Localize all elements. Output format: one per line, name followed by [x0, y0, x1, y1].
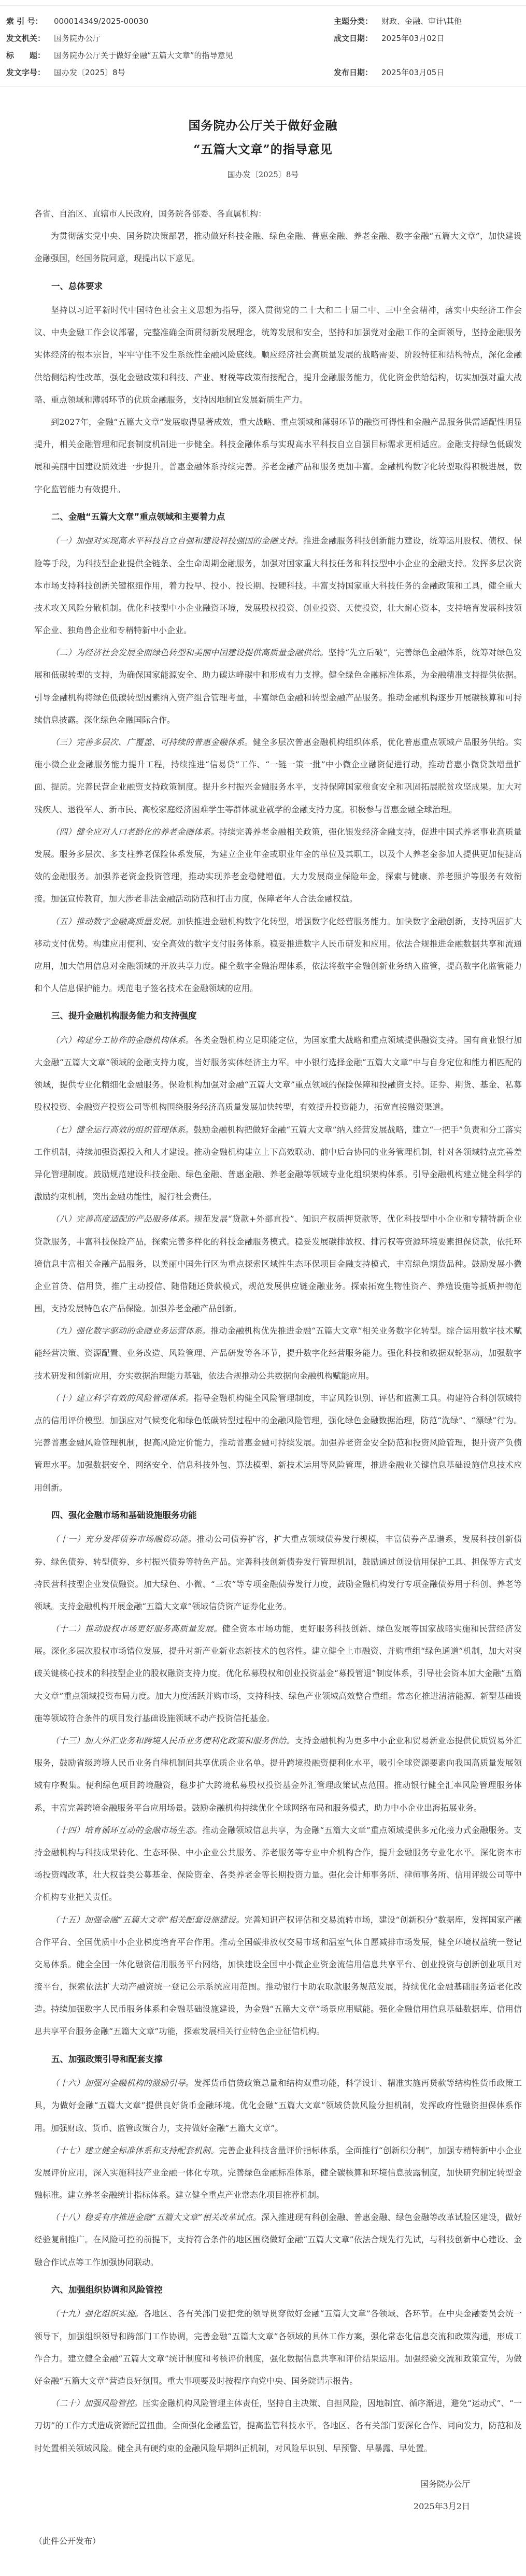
- item-lead: （十八）稳妥有序推进金融“五篇大文章”相关改革试点。: [51, 2212, 261, 2222]
- section-heading: 二、金融“五篇大文章”重点领域和主要着力点: [34, 506, 522, 529]
- numbered-item-paragraph: （八）完善高度适配的产品服务体系。规范发展“贷款+外部直投”、知识产权质押贷款等…: [34, 1208, 522, 1320]
- numbered-item-paragraph: （十一）充分发挥债券市场融资功能。推动公司债券扩容，扩大重点领域债券发行规模，丰…: [34, 1528, 522, 1618]
- meta-label-publish-date: 发布日期：: [334, 67, 381, 78]
- document-title-line2: “五篇大文章”的指导意见: [0, 138, 526, 162]
- document-title-line1: 国务院办公厅关于做好金融: [0, 114, 526, 138]
- meta-label-issuing-agency: 发文机关：: [6, 33, 54, 44]
- signature-agency: 国务院办公厅: [34, 2473, 522, 2495]
- meta-value-issuing-agency: 国务院办公厅: [54, 33, 334, 44]
- numbered-item-paragraph: （一）加强对实现高水平科技自立自强和建设科技强国的金融支持。推进金融服务科技创新…: [34, 529, 522, 641]
- item-lead: （十四）培育循环互动的金融市场生态。: [51, 1825, 202, 1835]
- item-lead: （五）推动数字金融高质量发展。: [51, 917, 177, 926]
- meta-label-index-number: 索 引 号：: [6, 16, 54, 27]
- item-lead: （九）强化数字驱动的金融业务运营体系。: [51, 1326, 210, 1336]
- item-lead: （六）构建分工协作的金融机构体系。: [51, 1035, 194, 1045]
- numbered-item-paragraph: （十四）培育循环互动的金融市场生态。推动金融领域信息共享，为金融“五篇大文章”重…: [34, 1819, 522, 1909]
- document-number: 国办发〔2025〕8号: [0, 169, 526, 180]
- numbered-item-paragraph: （十五）加强金融“五篇大文章”相关配套设施建设。完善知识产权评估和交易流转市场，…: [34, 1909, 522, 2043]
- item-lead: （四）健全应对人口老龄化的养老金融体系。: [51, 827, 219, 837]
- item-lead: （八）完善高度适配的产品服务体系。: [51, 1214, 194, 1224]
- numbered-item-paragraph: （九）强化数字驱动的金融业务运营体系。推动金融机构优先推进金融“五篇大文章”相关…: [34, 1320, 522, 1387]
- section-heading: 五、加强政策引导和配套支撑: [34, 2048, 522, 2071]
- section-heading: 四、强化金融市场和基础设施服务功能: [34, 1504, 522, 1527]
- meta-value-title: 国务院办公厅关于做好金融“五篇大文章”的指导意见: [54, 50, 520, 61]
- meta-value-doc-number: 国办发〔2025〕8号: [54, 67, 334, 78]
- meta-label-written-date: 成文日期：: [334, 33, 381, 44]
- numbered-item-paragraph: （五）推动数字金融高质量发展。加快推进金融机构数字化转型，增强数字化经营服务能力…: [34, 910, 522, 1000]
- document-paragraph: 坚持以习近平新时代中国特色社会主义思想为指导，深入贯彻党的二十大和二十届二中、三…: [34, 299, 522, 411]
- document-paragraph: 为贯彻落实党中央、国务院决策部署，推动做好科技金融、绿色金融、普惠金融、养老金融…: [34, 225, 522, 269]
- section-heading: 三、提升金融机构服务能力和支持强度: [34, 1005, 522, 1028]
- document-title: 国务院办公厅关于做好金融 “五篇大文章”的指导意见: [0, 114, 526, 162]
- meta-value-written-date: 2025年03月02日: [381, 33, 520, 44]
- item-lead: （七）健全运行高效的组织管理体系。: [51, 1125, 194, 1135]
- item-lead: （十五）加强金融“五篇大文章”相关配套设施建设。: [51, 1915, 245, 1925]
- numbered-item-paragraph: （十三）加大外汇业务和跨境人民币业务便利化政策和服务供给。支持金融机构为更多中小…: [34, 1729, 522, 1819]
- numbered-item-paragraph: （二）为经济社会发展全面绿色转型和美丽中国建设提供高质量金融供给。坚持“先立后破…: [34, 641, 522, 731]
- salutation: 各省、自治区、直辖市人民政府，国务院各部委、各直属机构：: [34, 203, 522, 225]
- numbered-item-paragraph: （十七）建立健全标准体系和支持配套机制。完善企业科技含量评价指标体系，全面推行“…: [34, 2139, 522, 2207]
- item-lead: （二）为经济社会发展全面绿色转型和美丽中国建设提供高质量金融供给。: [51, 648, 328, 657]
- meta-value-subject-category: 财政、金融、审计\其他: [381, 16, 520, 27]
- signature-date: 2025年3月2日: [34, 2495, 522, 2517]
- item-lead: （三）完善多层次、广覆盖、可持续的普惠金融体系。: [51, 737, 253, 747]
- meta-value-index-number: 000014349/2025-00030: [54, 16, 334, 27]
- item-lead: （十六）加强对金融机构的激励引导。: [51, 2078, 194, 2088]
- item-lead: （十九）强化组织实施。: [51, 2309, 143, 2319]
- section-heading: 一、总体要求: [34, 275, 522, 298]
- numbered-item-paragraph: （三）完善多层次、广覆盖、可持续的普惠金融体系。健全多层次普惠金融机构组织体系，…: [34, 731, 522, 821]
- numbered-item-paragraph: （七）健全运行高效的组织管理体系。鼓励金融机构把做好金融“五篇大文章”纳入经营发…: [34, 1119, 522, 1208]
- document-body: 各省、自治区、直辖市人民政府，国务院各部委、各直属机构：为贯彻落实党中央、国务院…: [0, 203, 526, 2459]
- meta-label-subject-category: 主题分类：: [334, 16, 381, 27]
- numbered-item-paragraph: （十六）加强对金融机构的激励引导。发挥货币信贷政策总量和结构双重功能，科学设计、…: [34, 2072, 522, 2139]
- numbered-item-paragraph: （二十）加强风险管控。压实金融机构风险管理主体责任，坚持自主决策、自担风险，因地…: [34, 2392, 522, 2459]
- item-lead: （十一）充分发挥债券市场融资功能。: [51, 1534, 196, 1544]
- document-page: 索 引 号： 000014349/2025-00030 主题分类： 财政、金融、…: [0, 5, 526, 2576]
- numbered-item-paragraph: （十二）推动股权市场更好服务高质量发展。健全资本市场功能，更好服务科技创新、绿色…: [34, 1618, 522, 1729]
- item-lead: （二十）加强风险管控。: [51, 2398, 143, 2408]
- item-lead: （十三）加大外汇业务和跨境人民币业务便利化政策和服务供给。: [51, 1736, 295, 1745]
- numbered-item-paragraph: （十）建立科学有效的风险管理体系。指导金融机构健全风险管理制度，丰富风险识别、评…: [34, 1387, 522, 1499]
- numbered-item-paragraph: （四）健全应对人口老龄化的养老金融体系。持续完善养老金融相关政策，强化银发经济金…: [34, 821, 522, 910]
- meta-label-doc-number: 发文字号：: [6, 67, 54, 78]
- item-lead: （一）加强对实现高水平科技自立自强和建设科技强国的金融支持。: [51, 536, 303, 546]
- meta-value-publish-date: 2025年03月05日: [381, 67, 520, 78]
- public-release-note: （此件公开发布）: [34, 2530, 522, 2576]
- numbered-item-paragraph: （六）构建分工协作的金融机构体系。各类金融机构立足职能定位，为国家重大战略和重点…: [34, 1029, 522, 1119]
- numbered-item-paragraph: （十八）稳妥有序推进金融“五篇大文章”相关改革试点。深入推进现有科创金融、普惠金…: [34, 2206, 522, 2273]
- meta-label-title: 标 题：: [6, 50, 54, 61]
- item-lead: （十二）推动股权市场更好服务高质量发展。: [51, 1624, 222, 1634]
- document-paragraph: 到2027年，金融“五篇大文章”发展取得显著成效，重大战略、重点领域和薄弱环节的…: [34, 411, 522, 500]
- item-lead: （十七）建立健全标准体系和支持配套机制。: [51, 2145, 219, 2155]
- numbered-item-paragraph: （十九）强化组织实施。各地区、各有关部门要把党的领导贯穿做好金融“五篇大文章”各…: [34, 2302, 522, 2392]
- item-lead: （十）建立科学有效的风险管理体系。: [51, 1393, 194, 1403]
- document-meta-table: 索 引 号： 000014349/2025-00030 主题分类： 财政、金融、…: [0, 5, 526, 87]
- section-heading: 六、加强组织协调和风险管控: [34, 2279, 522, 2302]
